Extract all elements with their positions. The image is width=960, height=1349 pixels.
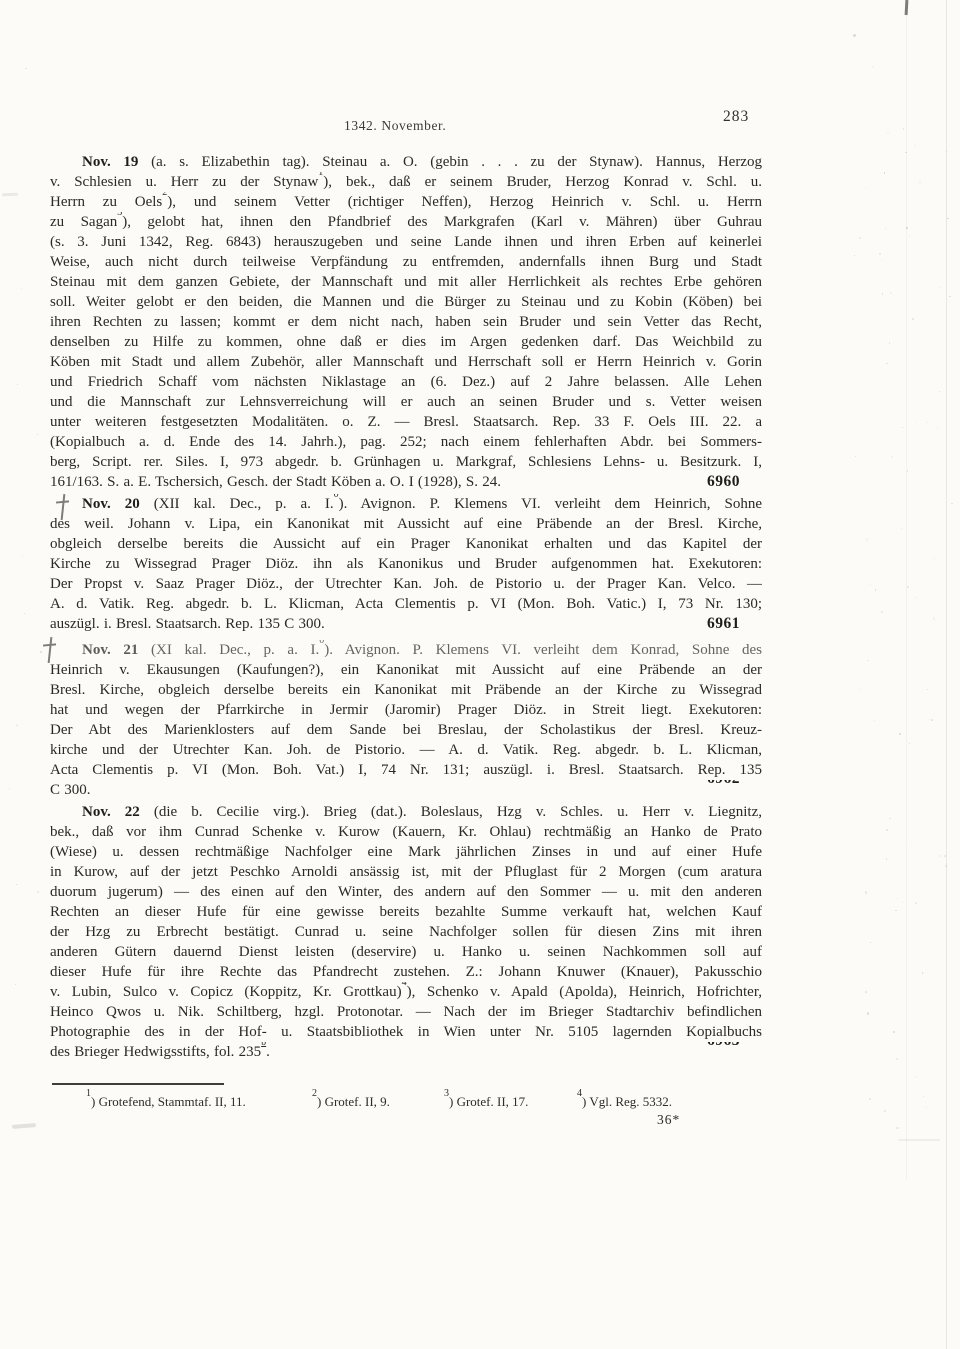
text-segment: des weil. Johann v. Lipa, ein Kanonikat … xyxy=(50,516,762,532)
text-segment: in Kurow, auf der jetzt Peschko Arnoldi … xyxy=(50,864,762,880)
text-line: Der Abt des Marienklosters auf dem Sande… xyxy=(50,720,762,740)
noise-speck xyxy=(893,1031,895,1033)
text-line: Nov. 19 (a. s. Elizabethin tag). Steinau… xyxy=(50,152,762,172)
text-line: A. d. Vatik. Reg. abgedr. b. L. Klicman,… xyxy=(50,594,762,614)
noise-speck xyxy=(915,597,916,598)
entry-number: 6963 xyxy=(707,1042,740,1051)
text-line: v. Lubin, Sulco v. Copicz (Koppitz, Kr. … xyxy=(50,982,762,1002)
text-line: bek., daß vor ihm Cunrad Schenke v. Kuro… xyxy=(50,822,762,842)
entry-6961: Nov. 20 (XII kal. Dec., p. a. I.0). Avig… xyxy=(50,494,762,634)
noise-speck xyxy=(890,292,892,294)
noise-speck xyxy=(875,589,876,590)
text-line: und Friedrich Schaff vom nächsten Niklas… xyxy=(50,372,762,392)
noise-speck xyxy=(865,187,866,188)
text-line: Heinrich v. Ekausungen (Kaufungen?), ein… xyxy=(50,660,762,680)
noise-speck xyxy=(16,724,18,726)
noise-speck xyxy=(37,891,39,893)
text-line: Nov. 20 (XII kal. Dec., p. a. I.0). Avig… xyxy=(50,494,762,514)
noise-speck xyxy=(37,434,38,435)
text-segment: anderen Gütern dauernd Dienst leisten (d… xyxy=(50,944,762,960)
noise-speck xyxy=(922,972,924,973)
text-segment: zu Sagan xyxy=(50,214,117,230)
text-line: berg, Script. rer. Siles. I, 973 abgedr.… xyxy=(50,452,762,472)
noise-speck xyxy=(934,557,936,559)
text-line: anderen Gütern dauernd Dienst leisten (d… xyxy=(50,942,762,962)
text-segment: (s. 3. Juni 1342, Reg. 6843) herauszugeb… xyxy=(50,234,762,250)
text-segment: duorum jugerum) — des einen auf den Wint… xyxy=(50,884,762,900)
noise-speck xyxy=(952,1120,953,1121)
text-segment: 161/163. S. a. E. Tschersich, Gesch. der… xyxy=(50,474,501,490)
text-segment: (Kopialbuch a. d. Ende des 14. Jahrh.), … xyxy=(50,434,762,450)
noise-speck xyxy=(933,927,934,928)
text-segment: bek., daß vor ihm Cunrad Schenke v. Kuro… xyxy=(50,824,762,840)
text-segment: Steinau mit dem ganzen Gebiete, der Mann… xyxy=(50,274,762,290)
scan-top-tick-mark xyxy=(905,0,909,15)
text-segment: ), bek., daß er seinem Bruder, Herzog Ko… xyxy=(323,174,762,190)
noise-speck xyxy=(929,719,930,720)
signature-mark: 36* xyxy=(657,1112,680,1128)
entry-6960: Nov. 19 (a. s. Elizabethin tag). Steinau… xyxy=(50,152,762,492)
text-line: hat und wegen der Pfarrkirche in Jermir … xyxy=(50,700,762,720)
noise-speck xyxy=(927,689,928,690)
noise-speck xyxy=(902,427,903,429)
noise-speck xyxy=(884,1110,886,1112)
text-segment: denselben zu Hilfe zu kommen, ohne daß e… xyxy=(50,334,762,350)
noise-speck xyxy=(939,391,940,392)
footnote: 1) Grotefend, Stammtaf. II, 11. xyxy=(86,1094,246,1110)
noise-speck xyxy=(889,342,890,343)
text-segment: Photographie des in der Hof- u. Staatsbi… xyxy=(50,1024,762,1040)
text-line: Bresl. Kirche, obgleich derselbe bereits… xyxy=(50,680,762,700)
text-line: Der Propst v. Saaz Prager Diöz., der Utr… xyxy=(50,574,762,594)
entry-date: Nov. 22 xyxy=(82,804,140,820)
entry-6962: Nov. 21 (XI kal. Dec., p. a. I.0). Avign… xyxy=(50,640,762,800)
text-segment: (a. s. Elizabethin tag). Steinau a. O. (… xyxy=(138,154,762,170)
text-segment: und die Mannschaft zur Lehnsverreichung … xyxy=(50,394,762,410)
entry-number: 6960 xyxy=(707,472,740,492)
text-segment: Herrn zu Oels xyxy=(50,194,162,210)
text-line: Photographie des in der Hof- u. Staatsbi… xyxy=(50,1022,762,1042)
noise-speck xyxy=(937,428,938,429)
noise-speck xyxy=(916,423,917,424)
noise-speck xyxy=(901,528,902,529)
text-segment: ihren Rechten zu lassen; kommt er dem ni… xyxy=(50,314,762,330)
text-segment: ). Avignon. P. Klemens VI. verleiht dem … xyxy=(339,496,762,512)
text-line: (s. 3. Juni 1342, Reg. 6843) herauszugeb… xyxy=(50,232,762,252)
noise-speck xyxy=(926,422,928,423)
text-segment: soll. Weiter gelobt er den beiden, die M… xyxy=(50,294,762,310)
text-line: denselben zu Hilfe zu kommen, ohne daß e… xyxy=(50,332,762,352)
noise-speck xyxy=(21,556,23,558)
noise-speck xyxy=(872,66,874,68)
noise-speck xyxy=(887,132,889,134)
entry-number: 6962 xyxy=(707,780,740,789)
entry-number: 6961 xyxy=(707,614,740,634)
text-segment: (Wiese) u. dessen rechtmäßige Nachfolger… xyxy=(50,844,762,860)
text-segment: ). Avignon. P. Klemens VI. verleiht dem … xyxy=(324,642,762,658)
text-segment: dieser Hufe für ihre Rechte das Pfandrec… xyxy=(50,964,762,980)
noise-speck xyxy=(914,241,915,243)
noise-speck xyxy=(870,942,871,944)
text-line: Nov. 21 (XI kal. Dec., p. a. I.0). Avign… xyxy=(50,640,762,660)
text-block: Nov. 19 (a. s. Elizabethin tag). Steinau… xyxy=(50,152,762,1062)
noise-speck xyxy=(854,255,855,256)
noise-speck xyxy=(867,1012,869,1015)
text-segment: auszügl. i. Bresl. Staatsarch. Rep. 135 … xyxy=(50,616,325,632)
text-line: C 300.6962 xyxy=(50,780,762,800)
text-line: Weise, auch nicht durch teilweise Verpfä… xyxy=(50,252,762,272)
text-line: Nov. 22 (die b. Cecilie virg.). Brieg (d… xyxy=(50,802,762,822)
noise-speck xyxy=(889,818,891,820)
noise-speck xyxy=(923,1096,924,1097)
text-segment: Heinrich v. Ekausungen (Kaufungen?), ein… xyxy=(50,662,762,678)
noise-speck xyxy=(866,538,868,541)
text-line: ihren Rechten zu lassen; kommt er dem ni… xyxy=(50,312,762,332)
footnote-reference: 2 xyxy=(162,192,167,198)
footnote-reference: 4 xyxy=(402,982,407,988)
text-line: Herrn zu Oels2), und seinem Vetter (rich… xyxy=(50,192,762,212)
text-segment: kirche und der Utrechter Kan. Joh. de Pi… xyxy=(50,742,762,758)
text-line: zu Sagan3), gelobt hat, ihnen den Pfandb… xyxy=(50,212,762,232)
noise-speck xyxy=(884,172,886,174)
noise-speck xyxy=(865,891,867,894)
noise-speck xyxy=(896,1058,898,1060)
noise-speck xyxy=(931,719,933,721)
scan-left-smudge xyxy=(2,193,18,197)
text-segment: (XI kal. Dec., p. a. I. xyxy=(138,642,319,658)
noise-speck xyxy=(21,288,22,289)
footnote: 4) Vgl. Reg. 5332. xyxy=(577,1094,672,1110)
text-line: des weil. Johann v. Lipa, ein Kanonikat … xyxy=(50,514,762,534)
text-segment: hat und wegen der Pfarrkirche in Jermir … xyxy=(50,702,762,718)
text-segment: C 300. xyxy=(50,782,91,798)
text-line: und die Mannschaft zur Lehnsverreichung … xyxy=(50,392,762,412)
noise-speck xyxy=(951,503,953,505)
text-line: obgleich derselbe bereits die Aussicht a… xyxy=(50,534,762,554)
scan-left-smudge xyxy=(12,1123,36,1129)
text-line: unter weiteren festgesetzten Modalitäten… xyxy=(50,412,762,432)
noise-speck xyxy=(15,984,16,985)
text-line: soll. Weiter gelobt er den beiden, die M… xyxy=(50,292,762,312)
noise-speck xyxy=(881,259,882,260)
text-segment: der Hzg zu Erbrecht bestätigt. Cunrad u.… xyxy=(50,924,762,940)
noise-speck xyxy=(914,145,916,147)
noise-speck xyxy=(879,253,881,255)
text-segment: Köben mit Stadt und allem Zubehör, aller… xyxy=(50,354,762,370)
text-segment: Heinco Qwos u. Nik. Schiltberg, hzgl. Pr… xyxy=(50,1004,762,1020)
noise-speck xyxy=(855,456,856,458)
text-line: (Wiese) u. dessen rechtmäßige Nachfolger… xyxy=(50,842,762,862)
noise-speck xyxy=(853,34,855,37)
text-segment: (die b. Cecilie virg.). Brieg (dat.). Bo… xyxy=(140,804,762,820)
noise-speck xyxy=(24,613,25,614)
noise-speck xyxy=(912,318,914,320)
text-segment: Bresl. Kirche, obgleich derselbe bereits… xyxy=(50,682,762,698)
noise-speck xyxy=(915,902,917,904)
noise-speck xyxy=(896,1127,898,1129)
text-line: in Kurow, auf der jetzt Peschko Arnoldi … xyxy=(50,862,762,882)
noise-speck xyxy=(16,884,17,885)
noise-speck xyxy=(926,1107,928,1108)
noise-speck xyxy=(881,611,883,613)
noise-speck xyxy=(886,829,888,832)
scan-edge-line-faint xyxy=(906,0,907,1180)
footnote-marker: 4 xyxy=(577,1088,582,1099)
noise-speck xyxy=(919,181,921,183)
text-line: v. Schlesien u. Herr zu der Stynaw1), be… xyxy=(50,172,762,192)
footnote-reference: 0 xyxy=(319,640,324,646)
noise-speck xyxy=(907,470,909,472)
text-segment: Der Abt des Marienklosters auf dem Sande… xyxy=(50,722,762,738)
entry-date: Nov. 21 xyxy=(82,642,138,658)
noise-speck xyxy=(886,363,888,365)
noise-speck xyxy=(903,902,904,903)
noise-speck xyxy=(885,228,886,229)
noise-speck xyxy=(949,296,951,297)
footnote: 2) Grotef. II, 9. xyxy=(312,1094,390,1110)
text-line: Steinau mit dem ganzen Gebiete, der Mann… xyxy=(50,272,762,292)
noise-speck xyxy=(874,720,875,721)
text-segment: v. Schlesien u. Herr zu der Stynaw xyxy=(50,174,318,190)
footnote-reference: 1 xyxy=(318,172,323,178)
noise-speck xyxy=(9,788,10,789)
noise-speck xyxy=(865,991,867,993)
text-segment: und Friedrich Schaff vom nächsten Niklas… xyxy=(50,374,762,390)
text-segment: Kirche zu Wissegrad Prager Diöz. ihn als… xyxy=(50,556,762,572)
text-segment: Rechten an dieser Hufe für eine gewisse … xyxy=(50,904,762,920)
noise-speck xyxy=(899,733,901,735)
text-line: duorum jugerum) — des einen auf den Wint… xyxy=(50,882,762,902)
running-header: 1342. November. xyxy=(344,118,446,134)
scanned-book-page: 1342. November. 283 Nov. 19 (a. s. Eliza… xyxy=(0,0,960,1349)
entry-date: Nov. 20 xyxy=(82,496,140,512)
text-line: (Kopialbuch a. d. Ende des 14. Jahrh.), … xyxy=(50,432,762,452)
text-line: Rechten an dieser Hufe für eine gewisse … xyxy=(50,902,762,922)
text-line: auszügl. i. Bresl. Staatsarch. Rep. 135 … xyxy=(50,614,762,634)
scan-edge-line xyxy=(946,0,947,1349)
text-segment: Acta Clementis p. VI (Mon. Boh. Vat.) I,… xyxy=(50,762,762,778)
text-segment: unter weiteren festgesetzten Modalitäten… xyxy=(50,414,762,430)
text-line: Kirche zu Wissegrad Prager Diöz. ihn als… xyxy=(50,554,762,574)
noise-speck xyxy=(867,660,869,662)
footnote-marker: 3 xyxy=(444,1088,449,1099)
text-segment: berg, Script. rer. Siles. I, 973 abgedr.… xyxy=(50,454,762,470)
noise-speck xyxy=(17,384,18,385)
footnote-reference: 0 xyxy=(334,494,339,500)
text-segment: (XII kal. Dec., p. a. I. xyxy=(140,496,334,512)
noise-speck xyxy=(933,617,935,620)
text-segment: ), gelobt hat, ihnen den Pfandbrief des … xyxy=(122,214,762,230)
footnotes-row: 36* 1) Grotefend, Stammtaf. II, 11.2) Gr… xyxy=(50,1094,762,1134)
text-segment: ), Schenko v. Apald (Apolda), Heinrich, … xyxy=(407,984,762,1000)
noise-speck xyxy=(916,1076,918,1078)
scan-right-smudge xyxy=(898,1139,940,1141)
noise-speck xyxy=(909,235,910,236)
noise-speck xyxy=(939,855,941,857)
footnote-marker: 2 xyxy=(312,1088,317,1099)
footnote: 3) Grotef. II, 17. xyxy=(444,1094,528,1110)
entry-6963: Nov. 22 (die b. Cecilie virg.). Brieg (d… xyxy=(50,802,762,1062)
text-line: Köben mit Stadt und allem Zubehör, aller… xyxy=(50,352,762,372)
text-segment: Der Propst v. Saaz Prager Diöz., der Utr… xyxy=(50,576,762,592)
text-line: Acta Clementis p. VI (Mon. Boh. Vat.) I,… xyxy=(50,760,762,780)
noise-speck xyxy=(859,237,861,240)
footnote-reference: 3 xyxy=(117,212,122,218)
text-segment: ), und seinem Vetter (richtiger Neffen),… xyxy=(167,194,762,210)
footnote-reference: b xyxy=(261,1042,266,1048)
text-segment: A. d. Vatik. Reg. abgedr. b. L. Klicman,… xyxy=(50,596,762,612)
noise-speck xyxy=(940,287,941,289)
noise-speck xyxy=(895,910,897,912)
noise-speck xyxy=(886,858,888,860)
footnote-separator-rule xyxy=(52,1083,224,1085)
text-line: 161/163. S. a. E. Tschersich, Gesch. der… xyxy=(50,472,762,492)
noise-speck xyxy=(860,689,861,690)
footnote-marker: 1 xyxy=(86,1088,91,1099)
text-line: der Hzg zu Erbrecht bestätigt. Cunrad u.… xyxy=(50,922,762,942)
noise-speck xyxy=(909,743,910,744)
text-line: des Brieger Hedwigsstifts, fol. 235b.696… xyxy=(50,1042,762,1062)
noise-speck xyxy=(869,1098,871,1100)
noise-speck xyxy=(897,898,898,899)
text-segment: Weise, auch nicht durch teilweise Verpfä… xyxy=(50,254,762,270)
noise-speck xyxy=(25,68,27,70)
noise-speck xyxy=(907,586,909,589)
noise-speck xyxy=(891,456,893,458)
text-line: Heinco Qwos u. Nik. Schiltberg, hzgl. Pr… xyxy=(50,1002,762,1022)
page-number: 283 xyxy=(723,108,749,126)
noise-speck xyxy=(870,584,871,585)
text-segment: v. Lubin, Sulco v. Copicz (Koppitz, Kr. … xyxy=(50,984,402,1000)
text-line: kirche und der Utrechter Kan. Joh. de Pi… xyxy=(50,740,762,760)
noise-speck xyxy=(882,293,884,295)
text-line: dieser Hufe für ihre Rechte das Pfandrec… xyxy=(50,962,762,982)
noise-speck xyxy=(903,128,904,130)
text-segment: . xyxy=(266,1044,270,1060)
text-segment: des Brieger Hedwigsstifts, fol. 235 xyxy=(50,1044,261,1060)
text-segment: obgleich derselbe bereits die Aussicht a… xyxy=(50,536,762,552)
entry-date: Nov. 19 xyxy=(82,154,138,170)
